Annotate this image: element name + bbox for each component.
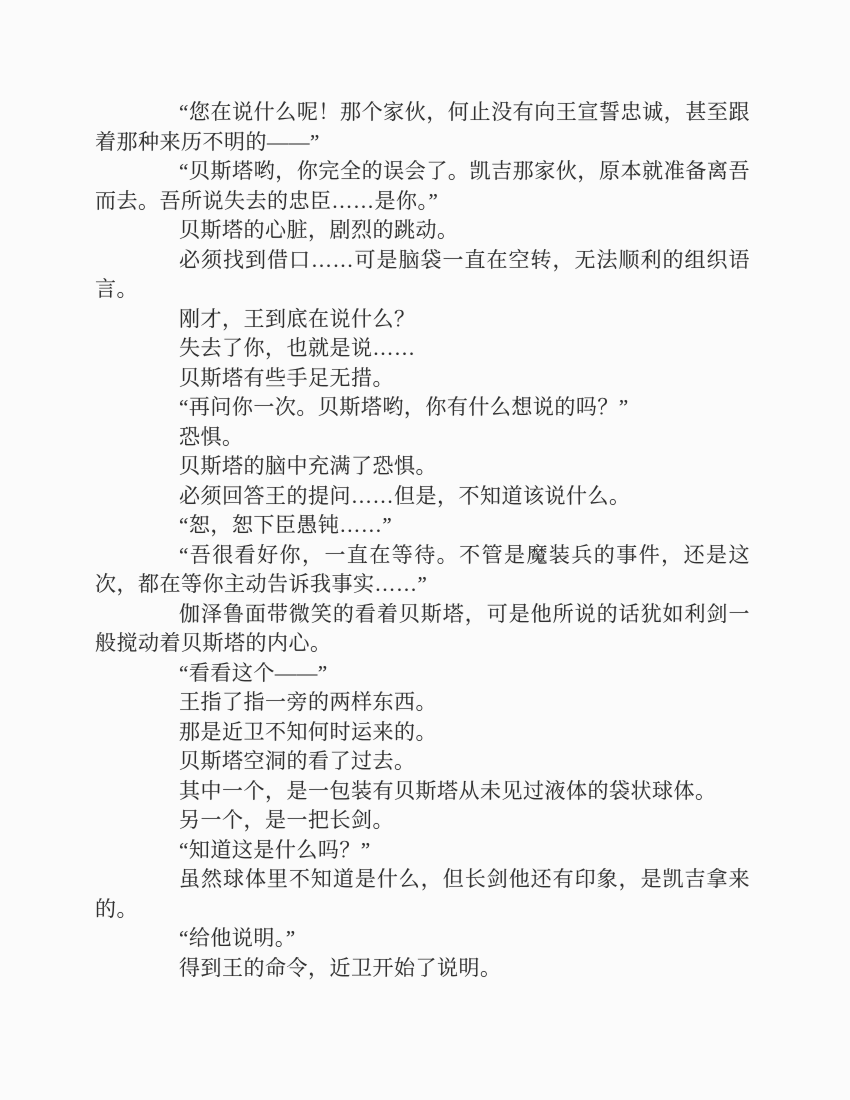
paragraph: “给他说明。” xyxy=(95,924,750,954)
paragraph: 贝斯塔的脑中充满了恐惧。 xyxy=(95,452,750,482)
paragraph: “看看这个——” xyxy=(95,659,750,689)
paragraph: 另一个，是一把长剑。 xyxy=(95,806,750,836)
novel-page: “您在说什么呢！那个家伙，何止没有向王宣誓忠诚，甚至跟着那种来历不明的——”“贝… xyxy=(0,0,850,1100)
paragraph: 贝斯塔有些手足无措。 xyxy=(95,364,750,394)
paragraph: “再问你一次。贝斯塔哟，你有什么想说的吗？” xyxy=(95,393,750,423)
paragraph: 伽泽鲁面带微笑的看着贝斯塔，可是他所说的话犹如利剑一般搅动着贝斯塔的内心。 xyxy=(95,600,750,659)
paragraph: “您在说什么呢！那个家伙，何止没有向王宣誓忠诚，甚至跟着那种来历不明的——” xyxy=(95,98,750,157)
paragraph: “恕，恕下臣愚钝……” xyxy=(95,511,750,541)
paragraph: “贝斯塔哟，你完全的误会了。凯吉那家伙，原本就准备离吾而去。吾所说失去的忠臣……… xyxy=(95,157,750,216)
paragraph: 王指了指一旁的两样东西。 xyxy=(95,688,750,718)
paragraph: “知道这是什么吗？” xyxy=(95,836,750,866)
paragraph: 虽然球体里不知道是什么，但长剑他还有印象，是凯吉拿来的。 xyxy=(95,865,750,924)
paragraph: 失去了你，也就是说…… xyxy=(95,334,750,364)
paragraph: “吾很看好你，一直在等待。不管是魔装兵的事件，还是这次，都在等你主动告诉我事实…… xyxy=(95,541,750,600)
paragraph: 必须找到借口……可是脑袋一直在空转，无法顺利的组织语言。 xyxy=(95,246,750,305)
paragraph: 其中一个，是一包装有贝斯塔从未见过液体的袋状球体。 xyxy=(95,777,750,807)
paragraph: 得到王的命令，近卫开始了说明。 xyxy=(95,954,750,984)
text-body: “您在说什么呢！那个家伙，何止没有向王宣誓忠诚，甚至跟着那种来历不明的——”“贝… xyxy=(0,0,850,983)
paragraph: 恐惧。 xyxy=(95,423,750,453)
paragraph: 贝斯塔空洞的看了过去。 xyxy=(95,747,750,777)
paragraph: 必须回答王的提问……但是，不知道该说什么。 xyxy=(95,482,750,512)
paragraph: 那是近卫不知何时运来的。 xyxy=(95,718,750,748)
paragraph: 贝斯塔的心脏，剧烈的跳动。 xyxy=(95,216,750,246)
paragraph: 刚才，王到底在说什么？ xyxy=(95,305,750,335)
